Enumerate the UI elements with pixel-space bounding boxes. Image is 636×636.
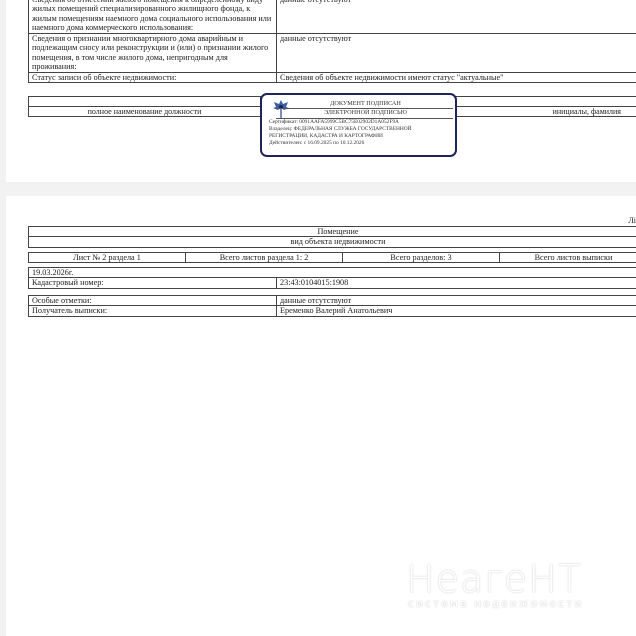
eagle-emblem-icon <box>272 98 290 120</box>
row-label: Сведения о признании многоквартирного до… <box>29 34 277 73</box>
table-row: Особые отметки: данные отсутствуют <box>29 296 636 306</box>
object-type-table: Помещение вид объекта недвижимости <box>28 226 636 248</box>
object-type-caption: вид объекта недвижимости <box>29 237 636 247</box>
row-label: Сведения об отнесении жилого помещения к… <box>29 0 277 34</box>
table-row: Статус записи об объекте недвижимости: С… <box>29 73 636 83</box>
total-sections: Всего разделов: 3 <box>343 253 500 263</box>
sheet-number: Лист № 2 раздела 1 <box>29 253 186 263</box>
table-row: Сведения о признании многоквартирного до… <box>29 34 636 73</box>
section-sheets: Всего листов раздела 1: 2 <box>186 253 343 263</box>
stamp-certificate: Сертификат: 0091AAFA5999C5BC75E02902D1A0… <box>262 119 455 126</box>
position-caption: полное наименование должности <box>29 107 261 117</box>
stamp-title-1: ДОКУМЕНТ ПОДПИСАН <box>276 100 455 107</box>
cadastral-label: Кадастровый номер: <box>29 278 277 288</box>
object-type: Помещение <box>29 227 636 237</box>
watermark-logo: НеагеНТ система недвижимости <box>406 560 584 610</box>
notes-table: Особые отметки: данные отсутствуют Получ… <box>28 295 636 317</box>
sheet-info-table: Лист № 2 раздела 1 Всего листов раздела … <box>28 252 636 263</box>
electronic-signature-stamp: ДОКУМЕНТ ПОДПИСАН ЭЛЕКТРОННОЙ ПОДПИСЬЮ С… <box>260 93 457 157</box>
watermark-tagline: система недвижимости <box>408 598 584 610</box>
row-value: Сведения об объекте недвижимости имеют с… <box>277 73 636 83</box>
row-value: данные отсутствуют <box>277 34 636 73</box>
corner-text: Лі <box>628 216 636 225</box>
row-value: Еременко Валерий Анатольевич <box>277 306 636 316</box>
row-value: данные отсутствуют <box>277 296 636 306</box>
table-row: Получатель выписки: Еременко Валерий Ана… <box>29 306 636 316</box>
row-label: Получатель выписки: <box>29 306 277 316</box>
stamp-owner-1: Владелец: ФЕДЕРАЛЬНАЯ СЛУЖБА ГОСУДАРСТВЕ… <box>262 126 455 133</box>
row-label: Особые отметки: <box>29 296 277 306</box>
extract-date: 19.03.2026г. <box>29 268 636 278</box>
cadastral-table: 19.03.2026г. Кадастровый номер: 23:43:01… <box>28 267 636 289</box>
object-info-table: Сведения об отнесении жилого помещения к… <box>28 0 636 83</box>
stamp-title-2: ЭЛЕКТРОННОЙ ПОДПИСЬЮ <box>276 109 455 116</box>
stamp-owner-2: РЕГИСТРАЦИИ, КАДАСТРА И КАРТОГРАФИИ <box>262 133 455 140</box>
document-page-1: Сведения об отнесении жилого помещения к… <box>6 0 636 182</box>
row-label: Статус записи об объекте недвижимости: <box>29 73 277 83</box>
stamp-validity: Действителен: с 16.09.2025 по 10.12.2026 <box>262 140 455 147</box>
cadastral-number: 23:43:0104015:1908 <box>277 278 636 288</box>
table-row: Сведения об отнесении жилого помещения к… <box>29 0 636 34</box>
name-caption: инициалы, фамилия <box>448 107 636 117</box>
watermark-brand: НеагеНТ <box>406 560 584 598</box>
total-sheets: Всего листов выписки <box>500 253 636 263</box>
row-value: данные отсутствуют <box>277 0 636 34</box>
